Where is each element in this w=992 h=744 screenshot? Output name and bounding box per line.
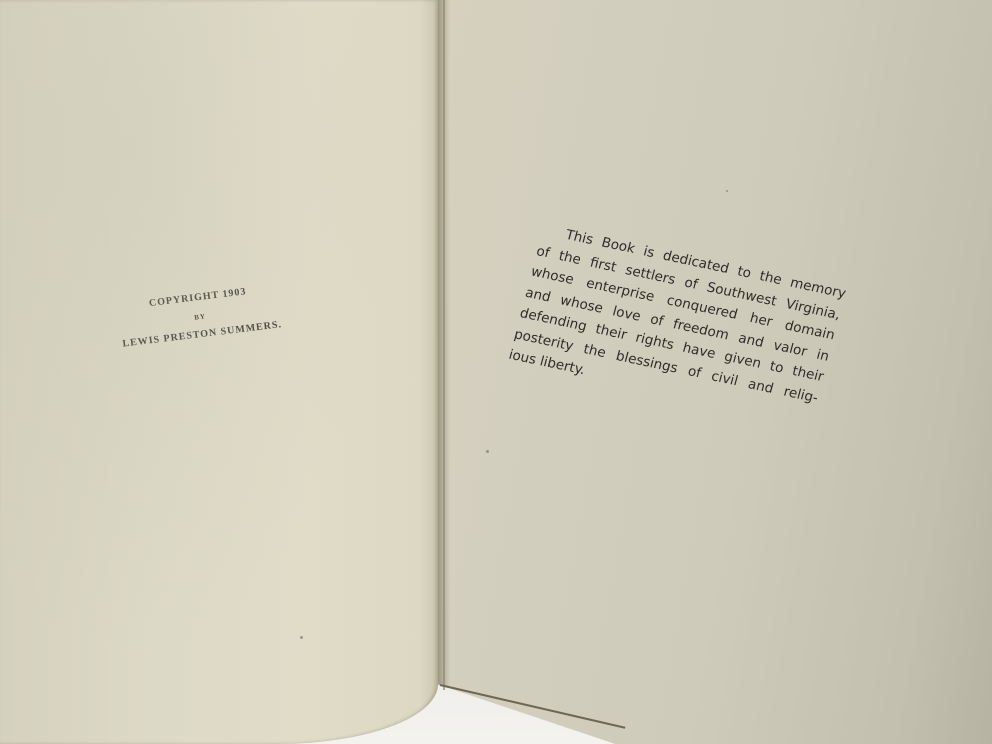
paper-speck: [486, 450, 489, 453]
left-page: COPYRIGHT 1903 BY LEWIS PRESTON SUMMERS.: [0, 0, 438, 744]
book-photo: COPYRIGHT 1903 BY LEWIS PRESTON SUMMERS.…: [0, 0, 992, 744]
book-gutter: [443, 0, 445, 690]
paper-speck: [300, 636, 303, 639]
paper-speck: [726, 190, 728, 192]
copyright-notice: COPYRIGHT 1903 BY LEWIS PRESTON SUMMERS.: [98, 280, 302, 352]
